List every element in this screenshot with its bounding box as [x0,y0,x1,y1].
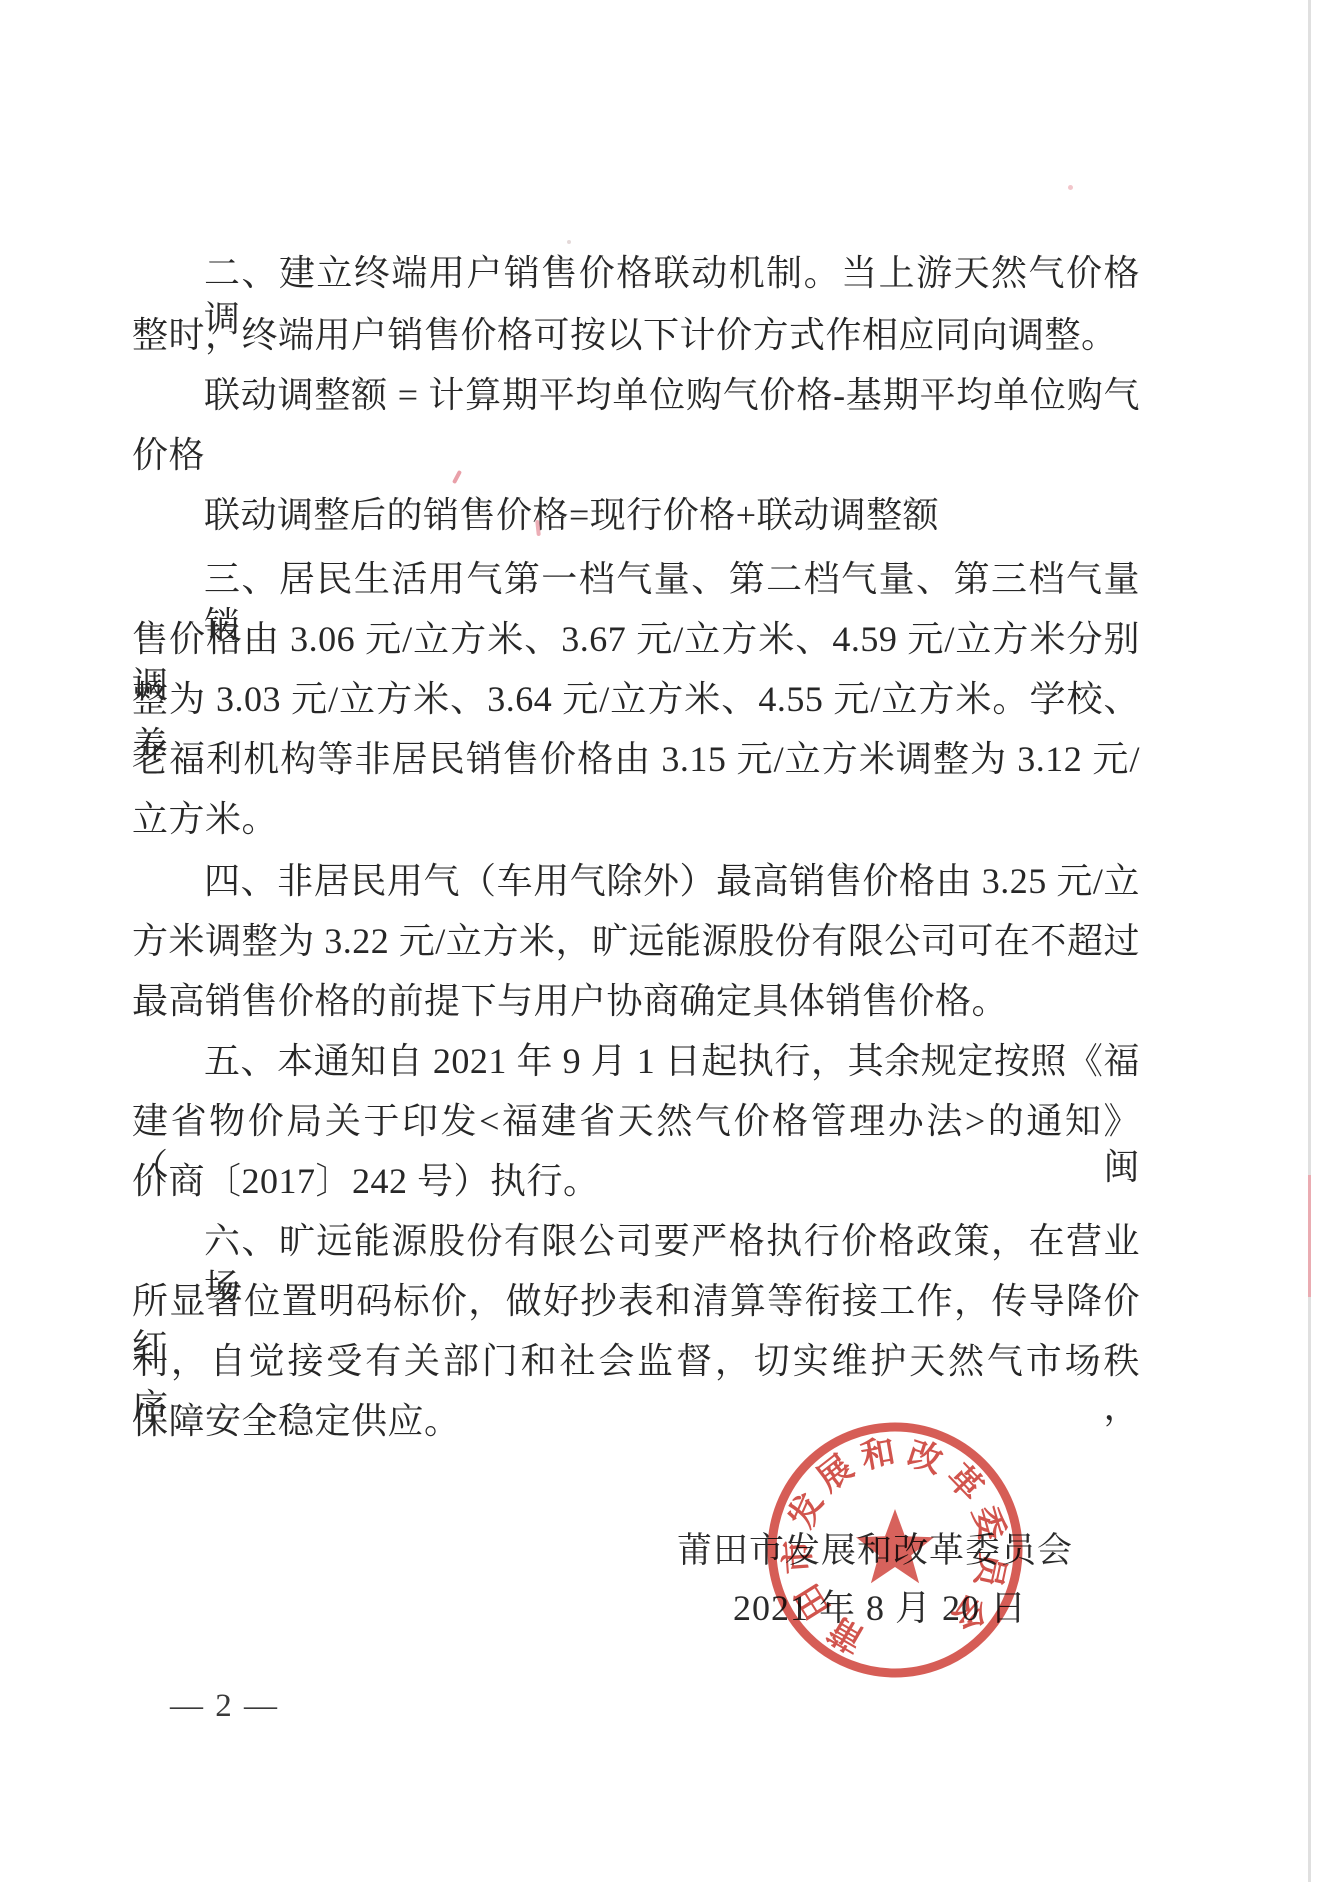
scan-artifact [1308,1175,1311,1297]
text-line: 四、非居民用气（车用气除外）最高销售价格由 3.25 元/立 [132,858,1140,904]
text-line: 整时，终端用户销售价格可按以下计价方式作相应同向调整。 [132,312,1140,358]
text-line: 价格 [132,432,1140,478]
text-line: 联动调整额 = 计算期平均单位购气价格-基期平均单位购气 [132,372,1140,418]
issue-date: 2021 年 8 月 20 日 [733,1580,1027,1631]
scan-artifact [1068,185,1073,190]
text-line: 老福利机构等非居民销售价格由 3.15 元/立方米调整为 3.12 元/ [132,736,1140,782]
scan-edge-shadow [1308,0,1311,1882]
svg-text:展: 展 [810,1448,860,1499]
text-line: 保障安全稳定供应。 [132,1398,1140,1444]
text-line: 立方米。 [132,796,1140,842]
scanned-document-page: 二、建立终端用户销售价格联动机制。当上游天然气价格调 整时，终端用户销售价格可按… [0,0,1318,1882]
page-number: — 2 — [170,1688,279,1725]
text-line: 联动调整后的销售价格=现行价格+联动调整额 [132,492,1140,538]
svg-text:革: 革 [939,1457,990,1508]
issuing-authority-signature: 莆田市发展和改革委员会 [677,1523,1073,1573]
text-line: 五、本通知自 2021 年 9 月 1 日起执行，其余规定按照《福 [132,1038,1140,1084]
scan-artifact [567,240,571,244]
text-line: 方米调整为 3.22 元/立方米，旷远能源股份有限公司可在不超过 [132,918,1140,964]
text-line: 最高销售价格的前提下与用户协商确定具体销售价格。 [132,978,1140,1024]
text-line: 价商〔2017〕242 号）执行。 [132,1158,1140,1204]
